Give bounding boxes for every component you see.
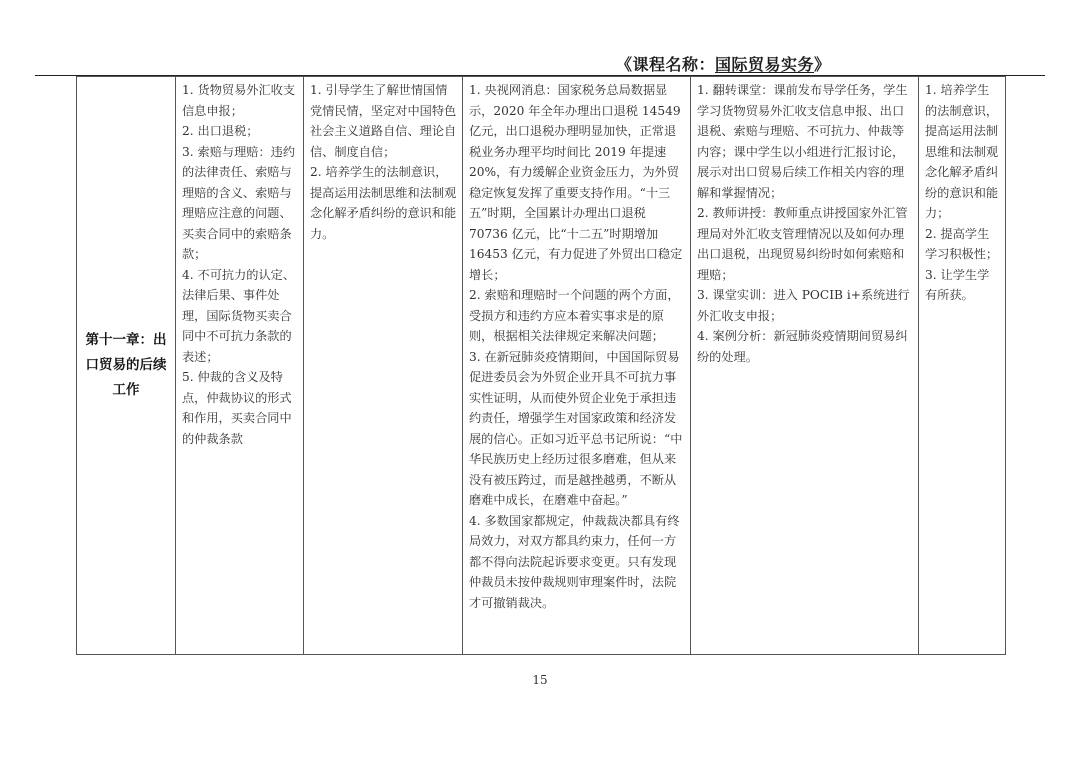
content-cell: 1. 货物贸易外汇收支信息申报； 2. 出口退税； 3. 索赔与理赔：违约的法律… <box>176 77 304 655</box>
goal-item: 1. 引导学生了解世情国情党情民情，坚定对中国特色社会主义道路自信、理论自信、制… <box>310 80 457 162</box>
teaching-methods-cell: 1. 翻转课堂：课前发布导学任务，学生学习货物贸易外汇收支信息申报、出口退税、索… <box>691 77 919 655</box>
course-title-suffix: 》 <box>814 55 831 74</box>
content-item: 5. 仲裁的含义及特点，仲裁协议的形式和作用，买卖合同中的仲裁条款 <box>182 367 298 449</box>
content-item: 3. 索赔与理赔：违约的法律责任、索赔与理赔的含义、索赔与理赔应注意的问题、买卖… <box>182 142 298 265</box>
ideological-goals-cell: 1. 引导学生了解世情国情党情民情，坚定对中国特色社会主义道路自信、理论自信、制… <box>304 77 463 655</box>
outcome-item: 1. 培养学生的法制意识，提高运用法制思维和法制观念化解矛盾纠纷的意识和能力； <box>925 80 1000 224</box>
ideological-elements-cell: 1. 央视网消息：国家税务总局数据显示，2020 年全年办理出口退税 14549… <box>463 77 691 655</box>
content-item: 1. 货物贸易外汇收支信息申报； <box>182 80 298 121</box>
method-item: 2. 教师讲授：教师重点讲授国家外汇管理局对外汇收支管理情况以及如何办理出口退税… <box>697 203 913 285</box>
content-item: 2. 出口退税； <box>182 121 298 142</box>
expected-outcomes-cell: 1. 培养学生的法制意识，提高运用法制思维和法制观念化解矛盾纠纷的意识和能力； … <box>919 77 1006 655</box>
element-item: 2. 索赔和理赔时一个问题的两个方面，受损方和违约方应本着实事求是的原则，根据相… <box>469 285 685 347</box>
chapter-title-cell: 第十一章：出口贸易的后续工作 <box>77 77 176 655</box>
outcome-item: 2. 提高学生学习积极性； <box>925 224 1000 265</box>
outcome-item: 3. 让学生学有所获。 <box>925 265 1000 306</box>
syllabus-table: 第十一章：出口贸易的后续工作 1. 货物贸易外汇收支信息申报； 2. 出口退税；… <box>76 76 1006 655</box>
method-item: 3. 课堂实训：进入 POCIB i+系统进行外汇收支申报； <box>697 285 913 326</box>
course-title-header: 《课程名称：国际贸易实务》 <box>616 52 831 75</box>
course-title-prefix: 《课程名称： <box>616 55 715 74</box>
element-item: 3. 在新冠肺炎疫情期间，中国国际贸易促进委员会为外贸企业开具不可抗力事实性证明… <box>469 347 685 511</box>
course-name: 国际贸易实务 <box>715 55 814 74</box>
content-item: 4. 不可抗力的认定、法律后果、事件处理，国际货物买卖合同中不可抗力条款的表述； <box>182 265 298 368</box>
element-item: 4. 多数国家都规定，仲裁裁决都具有终局效力，对双方都具约束力，任何一方都不得向… <box>469 511 685 614</box>
element-item: 1. 央视网消息：国家税务总局数据显示，2020 年全年办理出口退税 14549… <box>469 80 685 285</box>
method-item: 1. 翻转课堂：课前发布导学任务，学生学习货物贸易外汇收支信息申报、出口退税、索… <box>697 80 913 203</box>
table-row: 第十一章：出口贸易的后续工作 1. 货物贸易外汇收支信息申报； 2. 出口退税；… <box>77 77 1006 655</box>
method-item: 4. 案例分析：新冠肺炎疫情期间贸易纠纷的处理。 <box>697 326 913 367</box>
goal-item: 2. 培养学生的法制意识，提高运用法制思维和法制观念化解矛盾纠纷的意识和能力。 <box>310 162 457 244</box>
page-number: 15 <box>0 673 1080 687</box>
